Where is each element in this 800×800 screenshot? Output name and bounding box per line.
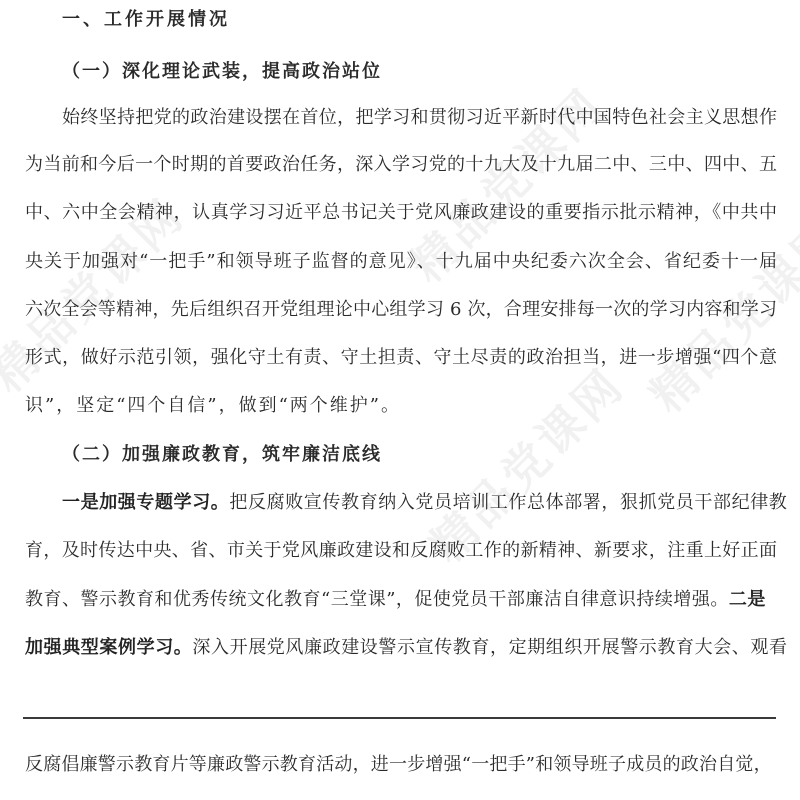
paragraph-line: 六次全会等精神，先后组织召开党组理论中心组学习 6 次，合理安排每一次的学习内容…	[25, 295, 777, 325]
paragraph-text: 深入开展党风廉政建设警示宣传教育，定期组织开展警示教育大会、观看	[192, 637, 787, 658]
paragraph-line: 中、六中全会精神，认真学习习近平总书记关于党风廉政建设的重要指示批示精神，《中共…	[25, 198, 777, 228]
section-heading: 一、工作开展情况	[62, 5, 230, 35]
paragraph-line: 育，及时传达中央、省、市关于党风廉政建设和反腐败工作的新精神、新要求，注重上好正…	[25, 536, 777, 566]
paragraph-line: 为当前和今后一个时期的首要政治任务，深入学习党的十九大及十九届二中、三中、四中、…	[25, 150, 777, 180]
paragraph-line: 识”，坚定“四个自信”，做到“两个维护”。	[25, 391, 777, 421]
paragraph-text: 教育、警示教育和优秀传统文化教育“三堂课”，促使党员干部廉洁自律意识持续增强。	[25, 589, 729, 610]
paragraph-line: 一是加强专题学习。把反腐败宣传教育纳入党员培训工作总体部署，狠抓党员干部纪律教	[62, 488, 777, 518]
bold-lead-in: 一是加强专题学习。	[62, 492, 229, 513]
paragraph-line: 形式，做好示范引领，强化守土有责、守土担责、守土尽责的政治担当，进一步增强“四个…	[25, 343, 777, 373]
paragraph-line: 反腐倡廉警示教育片等廉政警示教育活动，进一步增强“一把手”和领导班子成员的政治自…	[25, 750, 777, 780]
subsection-heading-2: （二）加强廉政教育，筑牢廉洁底线	[62, 440, 382, 470]
paragraph-line: 教育、警示教育和优秀传统文化教育“三堂课”，促使党员干部廉洁自律意识持续增强。二…	[25, 585, 777, 615]
document-page: 精品党课网 精品党课网 精品党课网 精品党课网 一、工作开展情况 （一）深化理论…	[0, 0, 800, 800]
paragraph-text: 把反腐败宣传教育纳入党员培训工作总体部署，狠抓党员干部纪律教	[229, 492, 787, 513]
subsection-heading-1: （一）深化理论武装，提高政治站位	[62, 57, 382, 87]
bold-lead-in: 加强典型案例学习。	[25, 637, 192, 658]
paragraph-line: 央关于加强对“一把手”和领导班子监督的意见》、十九届中央纪委六次全会、省纪委十一…	[25, 247, 777, 277]
paragraph-line: 加强典型案例学习。深入开展党风廉政建设警示宣传教育，定期组织开展警示教育大会、观…	[25, 633, 777, 663]
bold-lead-in: 二是	[729, 589, 766, 610]
page-break-rule	[23, 717, 776, 719]
paragraph-line: 始终坚持把党的政治建设摆在首位，把学习和贯彻习近平新时代中国特色社会主义思想作	[62, 103, 777, 133]
